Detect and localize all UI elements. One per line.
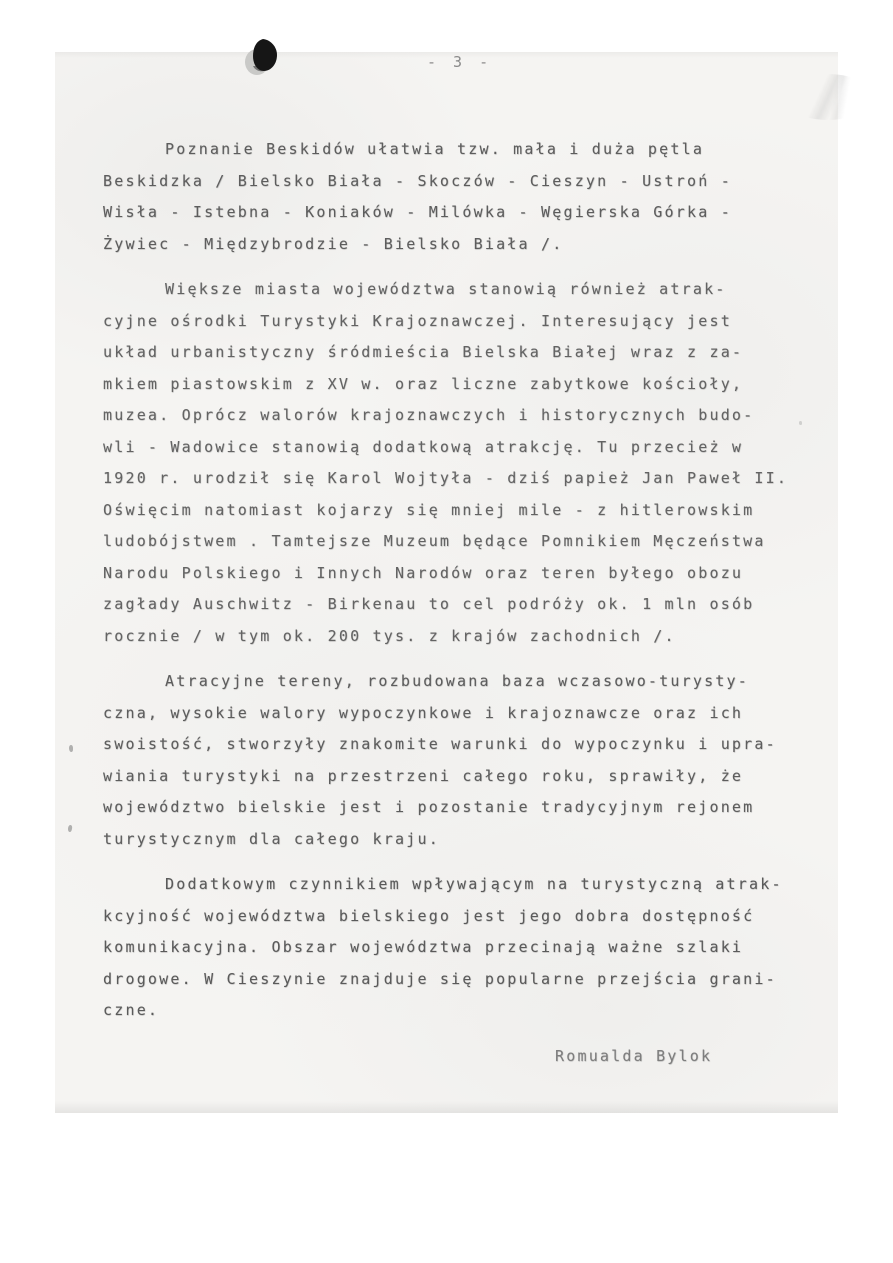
- paragraph-3: Atracyjne tereny, rozbudowana baza wczas…: [103, 666, 815, 855]
- typewritten-text: Poznanie Beskidów ułatwia tzw. mała i du…: [103, 134, 815, 1072]
- scan-smudge: [783, 74, 873, 120]
- author-signature: Romualda Bylok: [555, 1041, 815, 1073]
- ink-blot: [243, 38, 283, 80]
- paragraph-1: Poznanie Beskidów ułatwia tzw. mała i du…: [103, 134, 815, 260]
- margin-speck: [67, 825, 72, 833]
- scan-bottom-edge-shadow: [55, 1101, 838, 1113]
- margin-speck: [69, 745, 73, 752]
- scanned-page: - 3 - Poznanie Beskidów ułatwia tzw. mał…: [55, 52, 838, 1113]
- scan-background: - 3 - Poznanie Beskidów ułatwia tzw. mał…: [0, 0, 893, 1263]
- paragraph-2: Większe miasta województwa stanowią równ…: [103, 274, 815, 652]
- page-number: - 3 -: [427, 53, 492, 71]
- paragraph-4: Dodatkowym czynnikiem wpływającym na tur…: [103, 869, 815, 1027]
